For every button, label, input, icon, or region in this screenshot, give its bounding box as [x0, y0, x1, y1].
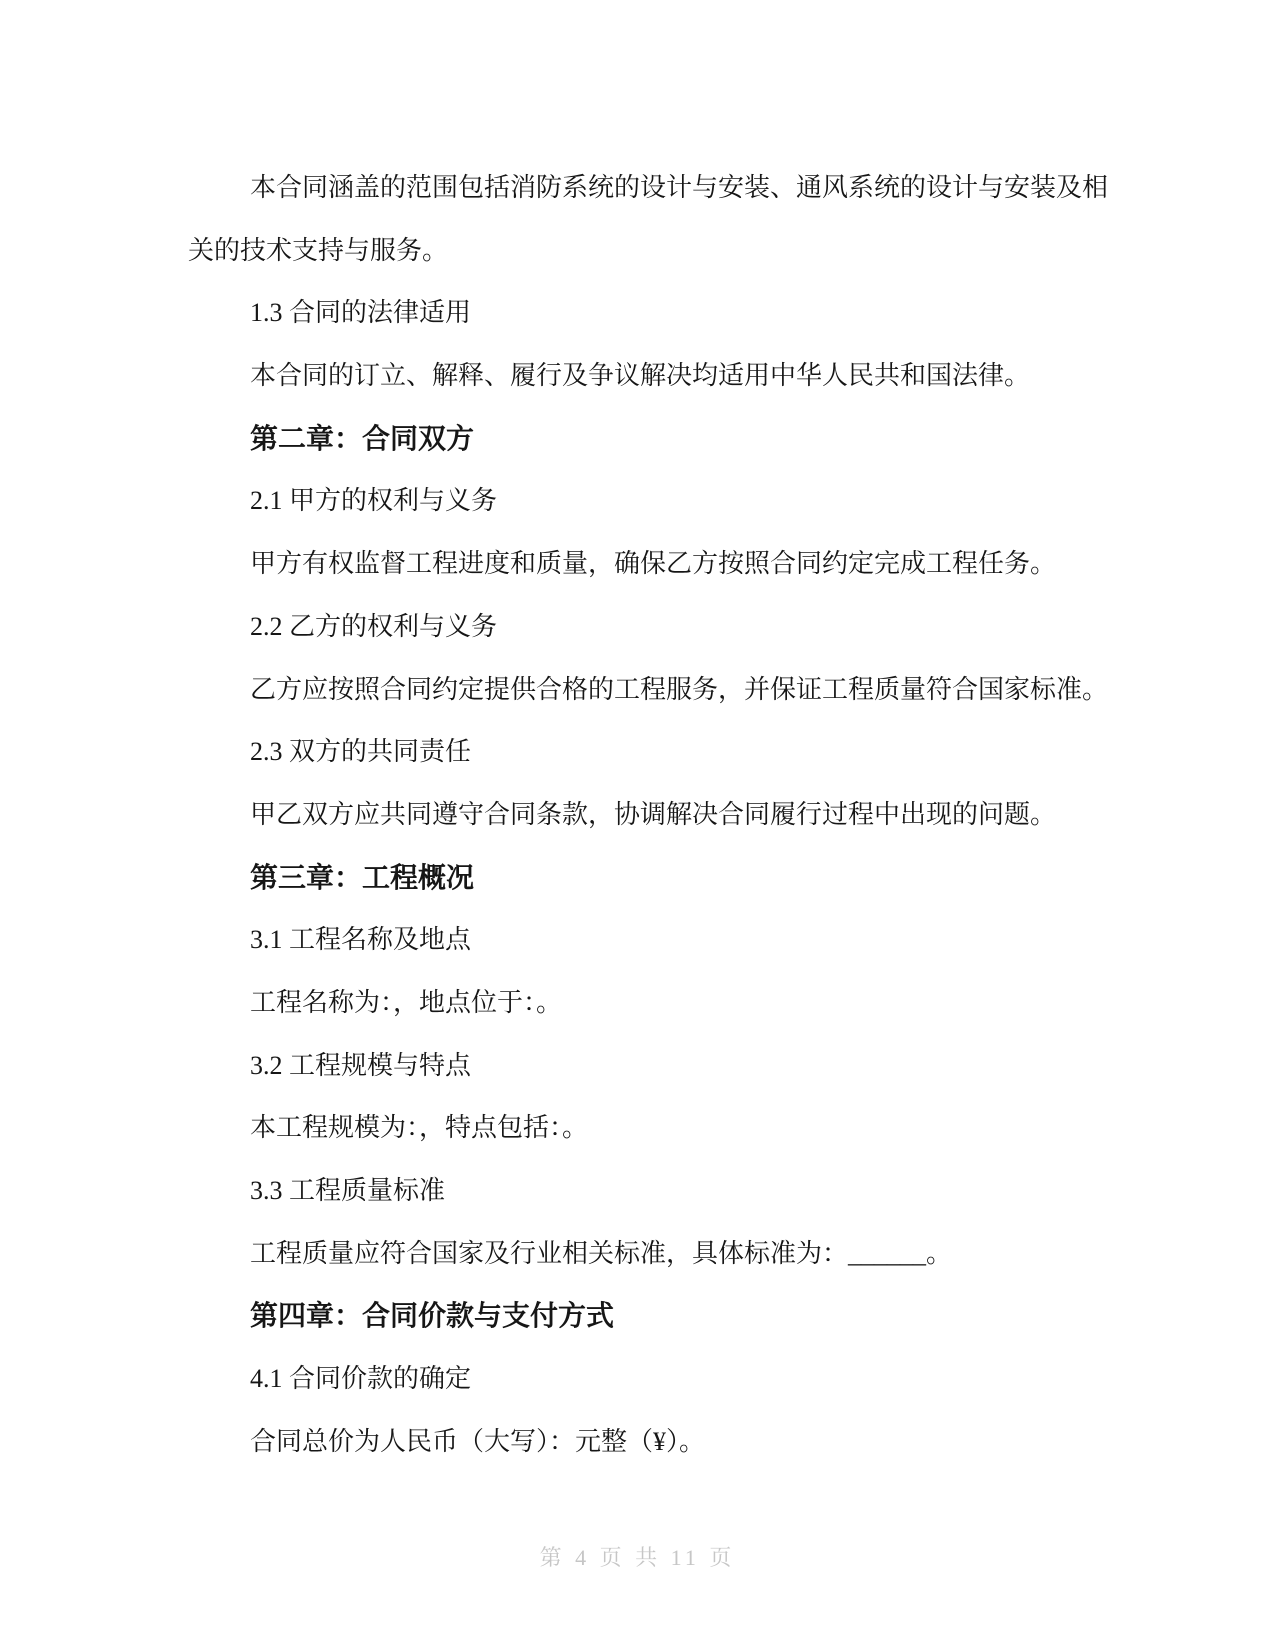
subheading-1-3: 1.3 合同的法律适用	[188, 282, 1108, 345]
subheading-2-3: 2.3 双方的共同责任	[188, 721, 1108, 784]
subheading-3-2: 3.2 工程规模与特点	[188, 1035, 1108, 1098]
heading-chapter-3: 第三章：工程概况	[188, 847, 1108, 910]
page-number-footer: 第 4 页 共 11 页	[0, 1541, 1275, 1572]
para-project-scale: 本工程规模为：，特点包括：。	[188, 1097, 1108, 1160]
para-party-b-rights: 乙方应按照合同约定提供合格的工程服务，并保证工程质量符合国家标准。	[188, 659, 1108, 722]
heading-chapter-2: 第二章：合同双方	[188, 408, 1108, 471]
document-body: 本合同涵盖的范围包括消防系统的设计与安装、通风系统的设计与安装及相 关的技术支持…	[188, 157, 1108, 1473]
para-total-price: 合同总价为人民币（大写）：元整（¥）。	[188, 1411, 1108, 1474]
para-project-name: 工程名称为：，地点位于：。	[188, 972, 1108, 1035]
contract-document-page: 本合同涵盖的范围包括消防系统的设计与安装、通风系统的设计与安装及相 关的技术支持…	[0, 0, 1275, 1650]
subheading-4-1: 4.1 合同价款的确定	[188, 1348, 1108, 1411]
para-scope-line-1: 本合同涵盖的范围包括消防系统的设计与安装、通风系统的设计与安装及相	[188, 157, 1108, 220]
para-party-a-rights: 甲方有权监督工程进度和质量，确保乙方按照合同约定完成工程任务。	[188, 533, 1108, 596]
para-law-application: 本合同的订立、解释、履行及争议解决均适用中华人民共和国法律。	[188, 345, 1108, 408]
subheading-2-1: 2.1 甲方的权利与义务	[188, 470, 1108, 533]
heading-chapter-4: 第四章：合同价款与支付方式	[188, 1285, 1108, 1348]
para-quality-standard: 工程质量应符合国家及行业相关标准，具体标准为：______。	[188, 1223, 1108, 1286]
subheading-3-1: 3.1 工程名称及地点	[188, 909, 1108, 972]
para-scope-line-2: 关的技术支持与服务。	[188, 220, 1108, 283]
subheading-2-2: 2.2 乙方的权利与义务	[188, 596, 1108, 659]
subheading-3-3: 3.3 工程质量标准	[188, 1160, 1108, 1223]
para-joint-duty: 甲乙双方应共同遵守合同条款，协调解决合同履行过程中出现的问题。	[188, 784, 1108, 847]
